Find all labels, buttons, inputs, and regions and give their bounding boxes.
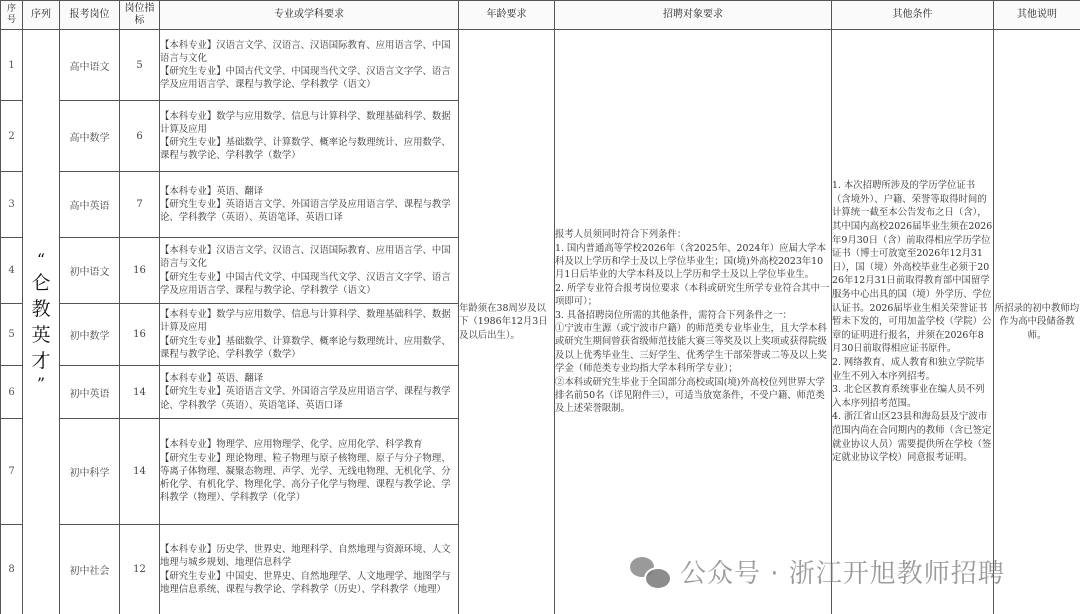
row-index: 7 [1, 419, 23, 525]
row-index: 8 [1, 525, 23, 614]
series-char: 英 [23, 322, 59, 348]
row-major: 【本科专业】英语、翻译 【研究生专业】英语语言文学、外国语言学及应用语言学、课程… [160, 366, 459, 419]
header-index: 序号 [1, 1, 23, 30]
row-quota: 16 [120, 238, 160, 304]
undergrad-majors: 【本科专业】数学与应用数学、信息与计算科学、数理基础科学、数据计算及应用 [160, 110, 458, 136]
row-major: 【本科专业】数学与应用数学、信息与计算科学、数理基础科学、数据计算及应用 【研究… [160, 101, 459, 172]
row-index: 3 [1, 172, 23, 238]
row-post: 初中英语 [60, 366, 120, 419]
header-series: 序列 [23, 1, 60, 30]
row-post: 高中英语 [60, 172, 120, 238]
grad-majors: 【研究生专业】理论物理、粒子物理与原子核物理、原子与分子物理、等离子体物理、凝聚… [160, 452, 458, 505]
series-char: 仑 [23, 270, 59, 296]
series-char: 教 [23, 296, 59, 322]
other-conditions: 1. 本次招聘所涉及的学历学位证书（含境外）、户籍、荣誉等取得时间的计算统一截至… [832, 30, 994, 614]
row-quota: 5 [120, 30, 160, 101]
undergrad-majors: 【本科专业】物理学、应用物理学、化学、应用化学、科学教育 [160, 438, 458, 451]
row-index: 2 [1, 101, 23, 172]
row-post: 初中科学 [60, 419, 120, 525]
row-major: 【本科专业】汉语言文学、汉语言、汉语国际教育、应用语言学、中国语言与文化 【研究… [160, 30, 459, 101]
header-quota: 岗位指标 [120, 1, 160, 30]
row-major: 【本科专业】英语、翻译 【研究生专业】英语语言文学、外国语言学及应用语言学、课程… [160, 172, 459, 238]
row-quota: 7 [120, 172, 160, 238]
row-index: 4 [1, 238, 23, 304]
undergrad-majors: 【本科专业】历史学、世界史、地理科学、自然地理与资源环境、人文地理与城乡规划、地… [160, 543, 458, 569]
row-major: 【本科专业】汉语言文学、汉语言、汉语国际教育、应用语言学、中国语言与文化 【研究… [160, 238, 459, 304]
row-index: 5 [1, 304, 23, 366]
undergrad-majors: 【本科专业】汉语言文学、汉语言、汉语国际教育、应用语言学、中国语言与文化 [160, 39, 458, 65]
row-quota: 14 [120, 419, 160, 525]
row-quota: 12 [120, 525, 160, 614]
other-item-3: 3. 北仑区教育系统事业在编人员不列入本序列招考范围。 [832, 383, 993, 410]
age-requirement: 年龄须在38周岁及以下（1986年12月3日及以后出生）。 [459, 30, 555, 614]
row-major: 【本科专业】历史学、世界史、地理科学、自然地理与资源环境、人文地理与城乡规划、地… [160, 525, 459, 614]
undergrad-majors: 【本科专业】英语、翻译 [160, 372, 458, 385]
series-char: 才 [23, 348, 59, 374]
row-post: 初中语文 [60, 238, 120, 304]
row-index: 1 [1, 30, 23, 101]
row-post: 初中数学 [60, 304, 120, 366]
grad-majors: 【研究生专业】英语语言文学、外国语言学及应用语言学、课程与教学论、学科教学（英语… [160, 385, 458, 411]
row-major: 【本科专业】数学与应用数学、信息与计算科学、数理基础科学、数据计算及应用 【研究… [160, 304, 459, 366]
target-item-3a: ①宁波市生源（或宁波市户籍）的师范类专业毕业生，且大学本科或研究生期间曾获省级师… [555, 322, 831, 376]
table-row: 1 “ 仑 教 英 才 ” 高中语文 5 【本科专业】汉语言文学、汉语言、汉语国… [1, 30, 1080, 101]
grad-majors: 【研究生专业】中国史、世界史、自然地理学、人文地理学、地图学与地理信息系统、课程… [160, 570, 458, 596]
header-note: 其他说明 [994, 1, 1080, 30]
undergrad-majors: 【本科专业】英语、翻译 [160, 185, 458, 198]
grad-majors: 【研究生专业】中国古代文学、中国现当代文学、汉语言文字学、语言学及应用语言学、课… [160, 271, 458, 297]
other-note: 所招录的初中教师均作为高中段储备教师。 [994, 30, 1080, 614]
row-quota: 14 [120, 366, 160, 419]
recruitment-table: 序号 序列 报考岗位 岗位指标 专业或学科要求 年龄要求 招聘对象要求 其他条件… [0, 0, 1080, 614]
header-row: 序号 序列 报考岗位 岗位指标 专业或学科要求 年龄要求 招聘对象要求 其他条件… [1, 1, 1080, 30]
grad-majors: 【研究生专业】基础数学、计算数学、概率论与数理统计、应用数学、课程与教学论、学科… [160, 335, 458, 361]
undergrad-majors: 【本科专业】数学与应用数学、信息与计算科学、数理基础科学、数据计算及应用 [160, 308, 458, 334]
target-item-1: 1. 国内普通高等学校2026年（含2025年、2024年）应届大学本科及以上学… [555, 242, 831, 282]
row-quota: 6 [120, 101, 160, 172]
row-major: 【本科专业】物理学、应用物理学、化学、应用化学、科学教育 【研究生专业】理论物理… [160, 419, 459, 525]
header-target: 招聘对象要求 [555, 1, 832, 30]
target-requirement: 报考人员须同时符合下列条件： 1. 国内普通高等学校2026年（含2025年、2… [555, 30, 832, 614]
row-post: 高中数学 [60, 101, 120, 172]
other-item-1: 1. 本次招聘所涉及的学历学位证书（含境外）、户籍、荣誉等取得时间的计算统一截至… [832, 179, 993, 356]
header-age: 年龄要求 [459, 1, 555, 30]
row-index: 6 [1, 366, 23, 419]
series-close-quote: ” [23, 374, 59, 394]
undergrad-majors: 【本科专业】汉语言文学、汉语言、汉语国际教育、应用语言学、中国语言与文化 [160, 244, 458, 270]
row-post: 初中社会 [60, 525, 120, 614]
grad-majors: 【研究生专业】基础数学、计算数学、概率论与数理统计、应用数学、课程与教学论、学科… [160, 136, 458, 162]
row-quota: 16 [120, 304, 160, 366]
header-other: 其他条件 [832, 1, 994, 30]
other-item-4: 4. 浙江省山区23县和海岛县及宁波市范围内尚在合同期内的教师（含已签定就业协议… [832, 410, 993, 464]
header-post: 报考岗位 [60, 1, 120, 30]
grad-majors: 【研究生专业】中国古代文学、中国现当代文学、汉语言文字学、语言学及应用语言学、课… [160, 65, 458, 91]
target-item-3: 3. 具备招聘岗位所需的其他条件，需符合下列条件之一： [555, 309, 831, 322]
header-major: 专业或学科要求 [160, 1, 459, 30]
series-cell: “ 仑 教 英 才 ” [23, 30, 60, 614]
target-item-3b: ②本科或研究生毕业于全国部分高校或国(境)外高校位列世界大学排名前50名（详见附… [555, 376, 831, 416]
target-intro: 报考人员须同时符合下列条件： [555, 228, 831, 241]
row-post: 高中语文 [60, 30, 120, 101]
other-item-2: 2. 网络教育、成人教育和独立学院毕业生不列入本序列招考。 [832, 356, 993, 383]
target-item-2: 2. 所学专业符合报考岗位要求（本科或研究生所学专业符合其中一项即可）； [555, 282, 831, 309]
series-open-quote: “ [23, 250, 59, 270]
grad-majors: 【研究生专业】英语语言文学、外国语言学及应用语言学、课程与教学论、学科教学（英语… [160, 198, 458, 224]
